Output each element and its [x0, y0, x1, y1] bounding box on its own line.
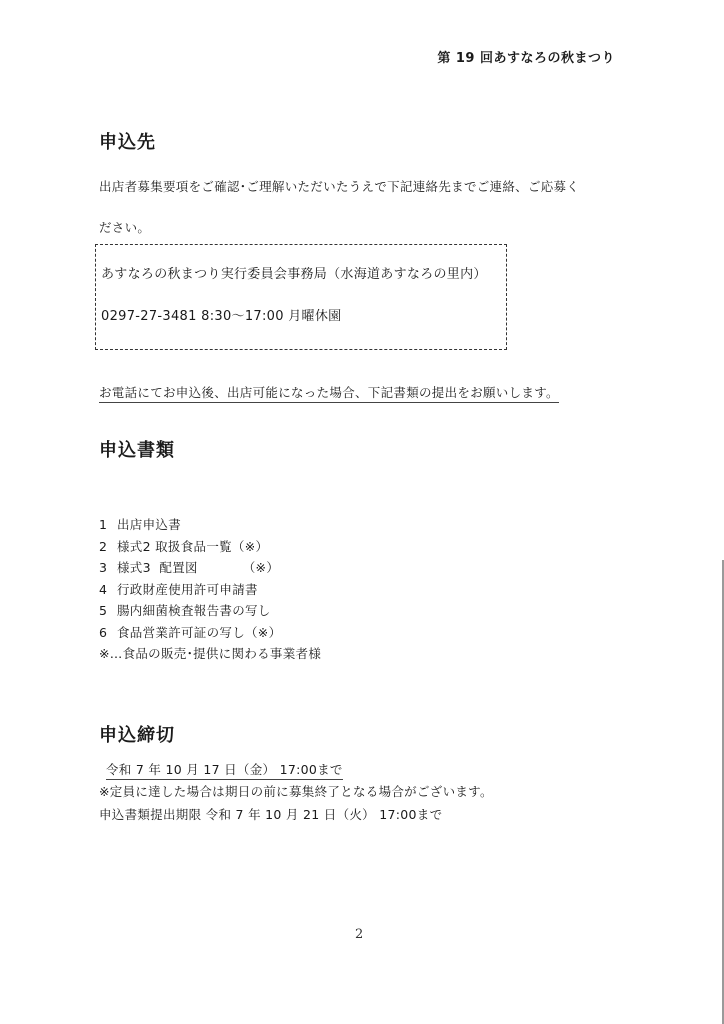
submission-deadline: 申込書類提出期限 令和 7 年 10 月 21 日（火） 17:00まで	[99, 805, 442, 823]
list-item: 4行政財産使用許可申請書	[99, 579, 321, 601]
document-list-footnote: ※…食品の販売･提供に関わる事業者様	[99, 643, 321, 665]
document-header-title: 第 19 回あすなろの秋まつり	[437, 47, 615, 66]
intro-text-line-2: ださい。	[99, 218, 150, 236]
document-list: 1出店申込書 2様式2 取扱食品一覧（※） 3様式3 配置図 （※） 4行政財産…	[99, 514, 321, 665]
deadline-date-text: 令和 7 年 10 月 17 日（金） 17:00まで	[106, 762, 343, 780]
contact-phone-hours: 0297-27-3481 8:30～17:00 月曜休園	[101, 305, 341, 324]
list-item: 1出店申込書	[99, 514, 321, 536]
page-number: 2	[355, 927, 363, 942]
section-heading-deadline: 申込締切	[99, 721, 175, 747]
section-heading-apply-to: 申込先	[99, 128, 156, 154]
deadline-note: ※定員に達した場合は期日の前に募集終了となる場合がございます。	[99, 782, 493, 800]
section-heading-documents: 申込書類	[99, 436, 175, 462]
contact-organization: あすなろの秋まつり実行委員会事務局（水海道あすなろの里内）	[101, 263, 487, 282]
submission-notice: お電話にてお申込後、出店可能になった場合、下記書類の提出をお願いします。	[99, 383, 559, 401]
list-item: 6食品営業許可証の写し（※）	[99, 622, 321, 644]
list-item: 3様式3 配置図 （※）	[99, 557, 321, 579]
list-item: 2様式2 取扱食品一覧（※）	[99, 536, 321, 558]
deadline-date: 令和 7 年 10 月 17 日（金） 17:00まで	[106, 760, 343, 778]
intro-text-line-1: 出店者募集要項をご確認･ご理解いただいたうえで下記連絡先までご連絡、ご応募く	[99, 177, 579, 195]
submission-notice-text: お電話にてお申込後、出店可能になった場合、下記書類の提出をお願いします。	[99, 385, 559, 403]
list-item: 5腸内細菌検査報告書の写し	[99, 600, 321, 622]
contact-box: あすなろの秋まつり実行委員会事務局（水海道あすなろの里内） 0297-27-34…	[95, 244, 507, 350]
